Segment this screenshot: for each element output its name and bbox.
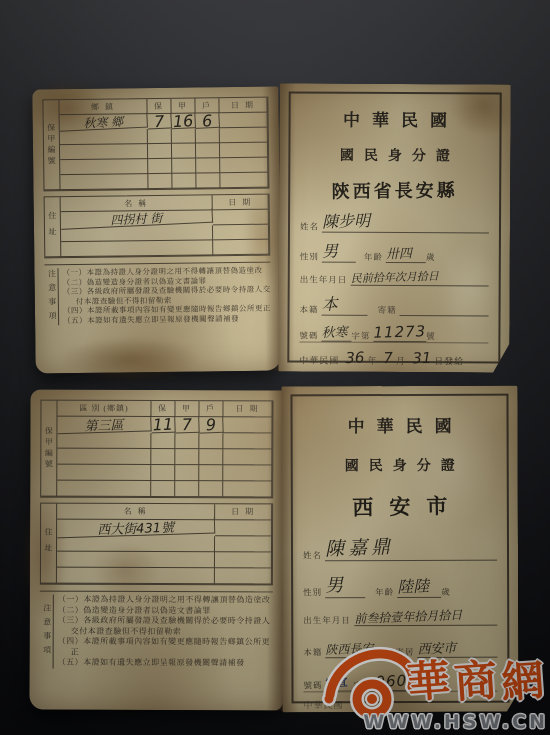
empty-cell [213,225,269,241]
notes-section: 注意事項 （一）本證為持證人身分證明之用不得轉讓頂替偽造塗改 （二）偽造變造身分… [40,591,273,669]
age-label: 年齡 [364,251,383,263]
country-title: 中華民國 [291,105,500,131]
empty-cell [199,465,223,481]
bottom-card-left-page: 保甲編號 區 別 (鄉鎮) 保 甲 戶 日 期 第三區 11 7 9 [29,390,283,711]
empty-cell [60,129,148,145]
origin-value: 陝西長安 [325,639,374,658]
origin2-value: 西安市 [417,637,457,657]
empty-cell [196,173,220,188]
empty-cell [220,173,268,189]
cell-date-value [220,113,268,129]
cell-jia-value: 7 [175,417,199,434]
address-table: 住址 名 稱 日 期 四拐村 街 [44,194,271,259]
number-row: 號碼 寅宜 字第 0607 號 [303,672,497,692]
empty-cell [220,128,268,144]
top-card-right-page: 中華民國 國民身分證 陝西省長安縣 姓名 陳步明 性別 男 年齡 卅四 歲 出生… [278,83,511,372]
notes-label: 注意事項 [40,595,54,669]
note-item: （一）本證為持證人身分證明之用不得轉讓頂替偽造塗改 [58,595,273,606]
col-header-date: 日 期 [223,401,272,417]
age-value: 卅四 [386,243,413,263]
birth-label: 出生年月日 [303,614,351,626]
empty-cell [215,568,272,584]
empty-cell [57,552,215,569]
empty-cell [220,143,268,159]
number-row: 號碼 秋寒 字第 11273 號 [299,322,488,343]
empty-cell [175,481,199,497]
number-stamp: 寅宜 [325,674,348,691]
cell-date-value [223,417,272,433]
issue-era: 中華民國 [299,354,339,367]
issue-month: 7 [383,349,393,367]
section-label: 保甲編號 [41,401,57,497]
number-value: 11273 [373,322,426,342]
col-header-date: 日 期 [219,98,267,114]
empty-cell [61,240,213,257]
empty-cell [57,465,151,481]
origin2-label: 寄籍 [378,304,397,316]
issue-year: 36 [345,349,365,368]
note-item: （四）本證所載事項內容如有變更應隨時報告鄉鎮公所更正 [58,637,273,659]
cell-jia-value: 16 [171,113,196,129]
section-label: 保甲編號 [43,100,60,190]
note-item: （五）本證如有遺失應立即呈報原發機關聲請補發 [58,658,273,669]
empty-cell [172,129,196,144]
empty-cell [151,481,175,497]
note-item: （二）偽造變造身分證者以偽造文書論罪 [58,605,273,616]
empty-cell [223,465,272,481]
cell-hu-value: 6 [195,113,220,129]
section-label: 住址 [41,504,57,584]
origin2-label: 寄居 [395,646,414,658]
origin-row: 本籍 本 寄籍 [300,292,489,317]
site-url: WWW.HSW.CN [363,711,548,733]
name-value: 陳嘉鼎 [325,532,395,562]
issue-date-row: 中華民國 36 年 7 月 31 日發給 [299,342,488,368]
region-title: 陝西省長安縣 [290,176,499,205]
birth-row: 出生年月日 民前拾年次月拾日 [300,269,489,287]
cell-bao-value: 11 [151,417,175,434]
bottom-left-form: 保甲編號 區 別 (鄉鎮) 保 甲 戶 日 期 第三區 11 7 9 [39,400,273,703]
empty-cell [57,481,151,497]
id-card-top: 保甲編號 鄉 鎮 保 甲 戶 日 期 秋寒 鄉 7 16 6 [34,84,510,376]
empty-cell [57,536,215,553]
issue-day-unit: 日發給 [434,354,464,367]
number-unit: 號 [431,679,441,691]
empty-cell [213,240,269,256]
bottom-card-right-page: 中華民國 國民身分證 西安市 姓名 陳嘉鼎 性別 男 年齡 陸陸 歲 出生年月日… [281,386,518,713]
empty-cell [196,143,220,158]
empty-cell [172,174,196,189]
number-mid-label: 字第 [353,679,372,691]
age-unit: 歲 [426,251,436,263]
document-title: 國民身分證 [290,144,499,165]
country-title: 中華民國 [293,412,507,438]
cell-bao-value: 7 [147,113,172,129]
number-prefix: 秋寒 [321,321,348,341]
empty-cell [148,159,172,174]
empty-cell [215,552,272,568]
age-unit: 歲 [441,586,451,598]
baojia-number-table: 保甲編號 鄉 鎮 保 甲 戶 日 期 秋寒 鄉 7 16 6 [42,97,269,192]
number-label: 號碼 [299,330,318,342]
baojia-number-table: 保甲編號 區 別 (鄉鎮) 保 甲 戶 日 期 第三區 11 7 9 [40,400,273,499]
empty-cell [151,465,175,481]
empty-cell [215,536,272,552]
top-left-form: 保甲編號 鄉 鎮 保 甲 戶 日 期 秋寒 鄉 7 16 6 [42,97,271,366]
empty-cell [199,481,223,497]
empty-cell [148,129,172,144]
region-title: 西安市 [293,489,508,523]
notes-label: 注意事項 [44,268,59,325]
gender-value: 男 [325,571,344,598]
empty-cell [199,449,223,465]
top-right-frame: 中華民國 國民身分證 陝西省長安縣 姓名 陳步明 性別 男 年齡 卅四 歲 出生… [287,91,501,363]
col-header-date: 日 期 [215,504,272,520]
name-label: 姓名 [303,549,322,561]
issue-era: 中華民國 [304,698,344,711]
cell-hu-value: 9 [199,417,223,434]
empty-cell [57,433,151,449]
birth-label: 出生年月日 [300,274,348,286]
origin-value: 本 [321,291,338,314]
empty-cell [220,158,268,174]
empty-cell [199,433,223,449]
number-label: 號碼 [303,679,322,691]
empty-cell [196,128,220,143]
name-value: 陳步明 [322,208,371,232]
number-unit: 號 [426,330,436,342]
birth-row: 出生年月日 前叁拾壹年拾月拾日 [303,608,497,627]
empty-cell [151,433,175,449]
age-value: 陸陸 [397,573,430,597]
cell-date-value [215,520,272,536]
empty-cell [60,144,148,160]
name-row: 姓名 陳步明 [300,209,489,234]
empty-cell [148,174,172,189]
origin-label: 本籍 [303,646,322,658]
empty-cell [196,158,220,173]
empty-cell [57,449,151,465]
name-row: 姓名 陳嘉鼎 [303,533,497,562]
notes-lines: （一）本證為持證人身分證明之用不得轉讓頂替偽造塗改 （二）偽造變造身分證者以偽造… [62,266,271,326]
origin-label: 本籍 [300,304,319,316]
empty-cell [175,465,199,481]
gender-label: 性別 [303,586,322,598]
birth-value: 前叁拾壹年拾月拾日 [353,606,462,627]
empty-cell [172,144,196,159]
number-value: 0607 [375,671,418,691]
empty-cell [172,159,196,174]
gender-value: 男 [322,238,339,261]
issue-month-unit: 月 [396,354,406,367]
empty-cell [223,449,272,465]
notes-section: 注意事項 （一）本證為持證人身分證明之用不得轉讓頂替偽造塗改 （二）偽造變造身分… [44,262,271,326]
issue-date-row: 中華民國 [303,691,497,712]
notes-lines: （一）本證為持證人身分證明之用不得轉讓頂替偽造塗改 （二）偽造變造身分證者以偽造… [58,595,273,669]
note-item: （三）各級政府所屬發證及查驗機關得於必要時令持證人交付本證查驗但不得扣留勒索 [63,285,271,307]
photo-background: 保甲編號 鄉 鎮 保 甲 戶 日 期 秋寒 鄉 7 16 6 [0,0,550,735]
gender-label: 性別 [300,251,319,263]
empty-cell [175,433,199,449]
top-card-left-page: 保甲編號 鄉 鎮 保 甲 戶 日 期 秋寒 鄉 7 16 6 [32,87,281,374]
bottom-right-frame: 中華民國 國民身分證 西安市 姓名 陳嘉鼎 性別 男 年齡 陸陸 歲 出生年月日… [290,394,509,704]
gender-age-row: 性別 男 年齡 陸陸 歲 [303,571,497,599]
number-mid-label: 字第 [351,330,370,342]
note-item: （三）各級政府所屬發證及查驗機關得於必要時令持證人交付本證查驗但不得扣留勒索 [58,616,273,638]
origin-row: 本籍 陝西長安 寄居 西安市 [303,638,497,659]
empty-cell [148,144,172,159]
note-item: （五）本證如有遺失應立即呈報原發機關聲請補發 [63,313,271,325]
empty-cell [57,568,215,585]
cell-date-value [213,210,269,226]
birth-value: 民前拾年次月拾日 [350,268,438,287]
id-card-bottom: 保甲編號 區 別 (鄉鎮) 保 甲 戶 日 期 第三區 11 7 9 [30,386,518,714]
empty-cell [223,433,272,449]
document-title: 國民身分證 [293,455,507,476]
issue-year-unit: 年 [367,354,377,367]
gender-age-row: 性別 男 年齡 卅四 歲 [300,239,489,264]
section-label: 住址 [45,197,62,257]
name-label: 姓名 [300,221,319,233]
col-header-date: 日 期 [213,195,269,211]
empty-cell [223,481,272,497]
empty-cell [175,449,199,465]
empty-cell [151,449,175,465]
cell-region-value: 第三區 [57,415,151,434]
empty-cell [60,174,148,190]
empty-cell [60,159,148,175]
age-label: 年齡 [375,586,394,598]
issue-day: 31 [412,349,432,368]
address-table: 住址 名 稱 日 期 西大街431號 [40,503,273,586]
